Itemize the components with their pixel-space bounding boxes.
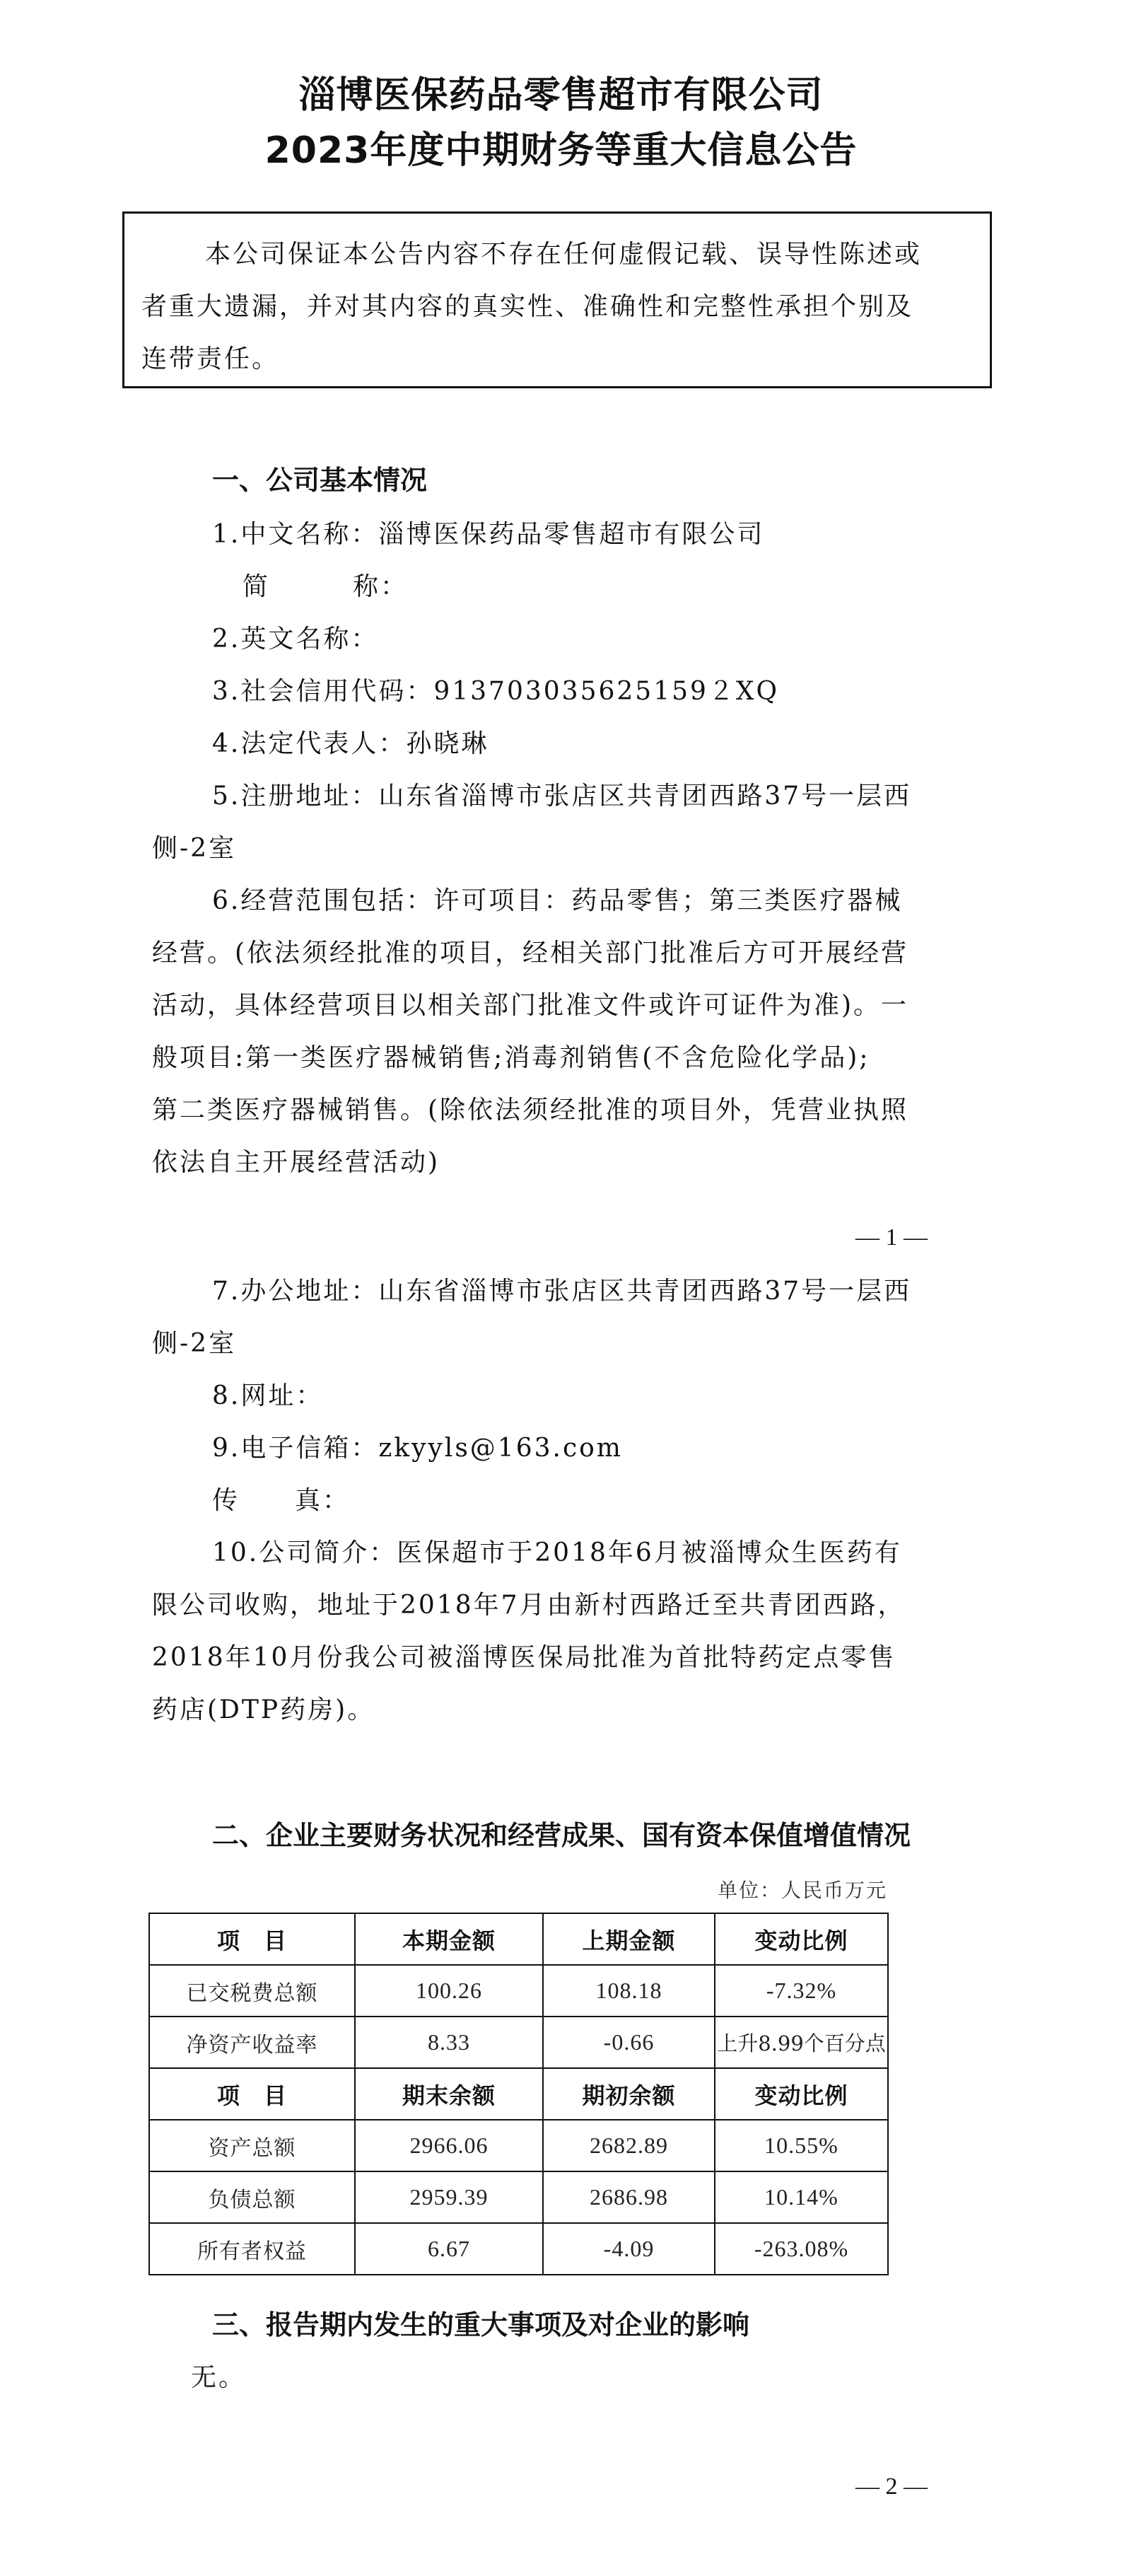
table-row: 资产总额 2966.06 2682.89 10.55% [149, 2120, 888, 2171]
item-business-scope-cont-5: 依法自主开展经营活动) [152, 1147, 440, 1178]
item-registered-address: 5.注册地址：山东省淄博市张店区共青团西路37号一层西 [212, 781, 911, 812]
item-short-name: 简 称： [242, 572, 408, 603]
table-row: 负债总额 2959.39 2686.98 10.14% [149, 2171, 888, 2223]
cell-value: 2966.06 [355, 2120, 543, 2171]
item-fax: 传 真： [212, 1485, 350, 1516]
cell-label: 资产总额 [149, 2120, 355, 2171]
item-business-scope-cont-4: 第二类医疗器械销售。(除依法须经批准的项目外，凭营业执照 [152, 1095, 908, 1126]
item-business-scope-cont-3: 般项目:第一类医疗器械销售;消毒剂销售(不含危险化学品); [152, 1043, 870, 1074]
item-credit-code: 3.社会信用代码：913703035625159２XQ [212, 676, 779, 707]
disclaimer-line-3: 连带责任。 [141, 344, 279, 375]
cell-value: 8.33 [355, 2017, 543, 2068]
item-company-profile: 10.公司简介：医保超市于2018年6月被淄博众生医药有 [212, 1538, 902, 1569]
table-header-row: 项 目 本期金额 上期金额 变动比例 [149, 1913, 888, 1965]
cell-change: -263.08% [715, 2223, 888, 2275]
disclaimer-line-1: 本公司保证本公告内容不存在任何虚假记载、误导性陈述或 [205, 239, 979, 270]
header-prior-amount: 上期金额 [543, 1913, 715, 1965]
item-business-scope-cont-1: 经营。(依法须经批准的项目，经相关部门批准后方可开展经营 [152, 938, 908, 969]
cell-label: 负债总额 [149, 2171, 355, 2223]
section2-heading: 二、企业主要财务状况和经营成果、国有资本保值增值情况 [212, 1819, 911, 1852]
header-item: 项 目 [149, 1913, 355, 1965]
currency-unit-label: 单位：人民币万元 [718, 1879, 887, 1903]
cell-change: -7.32% [715, 1965, 888, 2017]
cell-label: 已交税费总额 [149, 1965, 355, 2017]
cell-change: 10.55% [715, 2120, 888, 2171]
item-chinese-name: 1.中文名称：淄博医保药品零售超市有限公司 [212, 519, 764, 550]
section3-heading: 三、报告期内发生的重大事项及对企业的影响 [212, 2309, 749, 2341]
cell-value: 100.26 [355, 1965, 543, 2017]
cell-value: 108.18 [543, 1965, 715, 2017]
item-office-address-cont: 侧-2室 [152, 1328, 236, 1359]
section1-heading: 一、公司基本情况 [212, 464, 427, 497]
table-row: 净资产收益率 8.33 -0.66 上升8.99个百分点 [149, 2017, 888, 2068]
item-website: 8.网址： [212, 1381, 323, 1412]
cell-value: -4.09 [543, 2223, 715, 2275]
financial-table: 项 目 本期金额 上期金额 变动比例 已交税费总额 100.26 108.18 … [148, 1913, 889, 2275]
item-english-name: 2.英文名称： [212, 624, 378, 655]
item-email: 9.电子信箱：zkyyls@163.com [212, 1433, 623, 1464]
item-legal-representative: 4.法定代表人：孙晓琳 [212, 729, 489, 760]
cell-label: 净资产收益率 [149, 2017, 355, 2068]
disclaimer-line-2: 者重大遗漏，并对其内容的真实性、准确性和完整性承担个别及 [141, 291, 979, 323]
cell-change: 10.14% [715, 2171, 888, 2223]
cell-value: 2686.98 [543, 2171, 715, 2223]
item-company-profile-cont-2: 2018年10月份我公司被淄博医保局批准为首批特药定点零售 [152, 1642, 896, 1673]
cell-change: 上升8.99个百分点 [715, 2017, 888, 2068]
page-number-2: — 2 — [855, 2473, 928, 2501]
header-change-ratio: 变动比例 [715, 2068, 888, 2120]
cell-value: 2959.39 [355, 2171, 543, 2223]
document-title-line1: 淄博医保药品零售超市有限公司 [0, 74, 1122, 117]
cell-value: 6.67 [355, 2223, 543, 2275]
table-row: 已交税费总额 100.26 108.18 -7.32% [149, 1965, 888, 2017]
header-current-amount: 本期金额 [355, 1913, 543, 1965]
header-ending-balance: 期末余额 [355, 2068, 543, 2120]
header-change-ratio: 变动比例 [715, 1913, 888, 1965]
section3-content: 无。 [191, 2362, 246, 2394]
header-opening-balance: 期初余额 [543, 2068, 715, 2120]
item-business-scope-cont-2: 活动，具体经营项目以相关部门批准文件或许可证件为准)。一 [152, 990, 908, 1021]
document-title-line2: 2023年度中期财务等重大信息公告 [0, 129, 1122, 172]
cell-label: 所有者权益 [149, 2223, 355, 2275]
item-office-address: 7.办公地址：山东省淄博市张店区共青团西路37号一层西 [212, 1276, 911, 1307]
item-business-scope: 6.经营范围包括：许可项目：药品零售；第三类医疗器械 [212, 886, 902, 917]
cell-value: -0.66 [543, 2017, 715, 2068]
table-row: 所有者权益 6.67 -4.09 -263.08% [149, 2223, 888, 2275]
item-registered-address-cont: 侧-2室 [152, 833, 236, 864]
page-number-1: — 1 — [855, 1224, 928, 1252]
item-company-profile-cont-1: 限公司收购，地址于2018年7月由新村西路迁至共青团西路， [152, 1590, 906, 1621]
header-item: 项 目 [149, 2068, 355, 2120]
item-company-profile-cont-3: 药店(DTP药房)。 [152, 1695, 375, 1726]
cell-value: 2682.89 [543, 2120, 715, 2171]
table-header-row: 项 目 期末余额 期初余额 变动比例 [149, 2068, 888, 2120]
